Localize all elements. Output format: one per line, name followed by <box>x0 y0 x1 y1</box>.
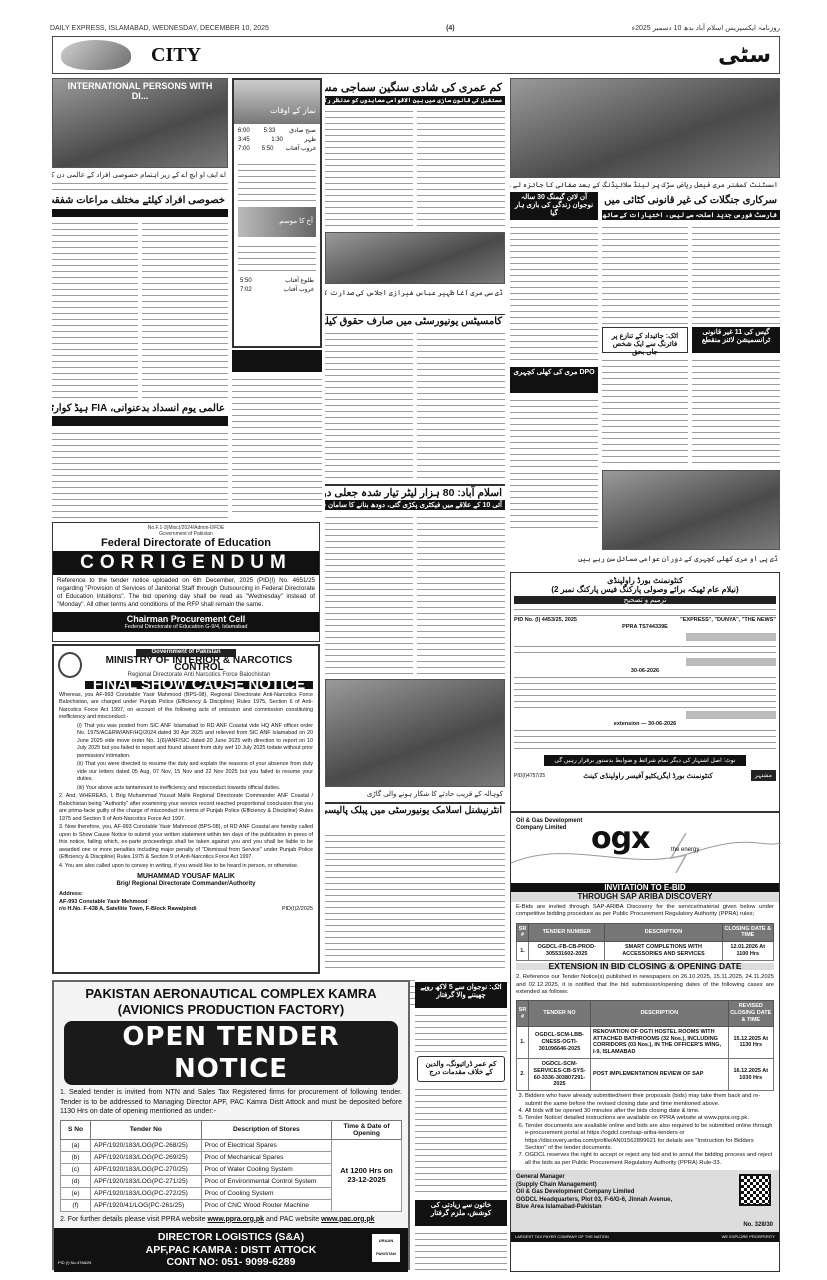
pac-factory: (AVIONICS PRODUCTION FACTORY) <box>60 1002 402 1018</box>
ogx-tagline: the energy <box>671 847 699 854</box>
pac-contact: CONT NO: 051- 9099-6289 <box>54 1256 408 1269</box>
story-headline: خصوصی افراد کیلئے مختلف مراعات شفقت کا م… <box>52 194 228 207</box>
section-title-ur: سٹی <box>718 43 771 68</box>
side-box-driving: کم عمر ڈرائیونگ، والدین کے خلاف مقدمات د… <box>417 1056 505 1082</box>
extension-title: EXTENSION IN BID CLOSING & OPENING DATE <box>516 963 774 970</box>
table-row: 1.OGDCL-FB-CB-PROD-305531602-2025SMART C… <box>517 942 774 961</box>
anf-item: (ii) That you were directed to resume th… <box>59 761 313 784</box>
anf-ministry: MINISTRY OF INTERIOR & NARCOTICS CONTROL <box>85 657 313 672</box>
online-gaming-headline: آن لائن گیمنگ 30 سالہ نوجوان زندگی کی با… <box>510 192 598 220</box>
anf-para-4: 4. You are also called upon to convey in… <box>59 863 313 871</box>
anf-pid: PID(I)2/2025 <box>282 906 313 914</box>
accident-photo <box>325 679 505 787</box>
prayer-row: غروب آفتاب5:507:00 <box>238 145 316 154</box>
harassment-headline: خاتون سے زیادتی کی کوشش، ملزم گرفتار <box>415 1200 507 1226</box>
cantonment-board-ad: کنٹونمنٹ بورڈ راولپنڈی (نیلام عام ٹھیکہ … <box>510 572 780 812</box>
prayer-times-box: نماز کے اوقات صبح صادق5:336:00 ظہر1:303:… <box>232 78 322 348</box>
kachehri-caption: ڈی پی او مری کھلی کچہری کے دوران عوامی م… <box>510 554 780 564</box>
uraan-pakistan-logo-icon: URAAN PAKISTAN <box>372 1234 400 1262</box>
photo-banner-text: INTERNATIONAL PERSONS WITH DI... <box>53 79 227 103</box>
fde-org: Federal Directorate of Education <box>57 537 315 549</box>
pac-footer: DIRECTOR LOGISTICS (S&A) APF,PAC KAMRA :… <box>54 1228 408 1272</box>
landslide-caption: اسسٹنٹ کمشنر مری فیصل ریاض سڑک پر لینڈ س… <box>510 180 780 190</box>
anf-item: (iii) Your above acts tantamount to inef… <box>59 785 313 793</box>
note-item: Tender Notice/ detailed instructions are… <box>525 1115 774 1122</box>
prayer-row: ظہر1:303:45 <box>238 136 316 145</box>
newspaper-page: DAILY EXPRESS, ISLAMABAD, WEDNESDAY, DEC… <box>50 22 780 1272</box>
folio-line: DAILY EXPRESS, ISLAMABAD, WEDNESDAY, DEC… <box>50 22 780 34</box>
ogdcl-contact-block: General Manager (Supply Chain Management… <box>511 1170 779 1232</box>
cant-newspapers: "EXPRESS", "DUNYA", "THE NEWS" <box>680 617 776 623</box>
ebid-intro: E-Bids are invited through SAP-ARIBA Dis… <box>511 902 779 921</box>
dpo-headline: DPO مری کی کھلی کچہری <box>510 367 598 393</box>
fde-footer: Chairman Procurement Cell Federal Direct… <box>53 612 319 632</box>
cant-banner: ترمیم و تصحیح <box>514 596 776 604</box>
milk-headline: اسلام آباد: 80 ہزار لیٹر تیار شدہ جعلی د… <box>325 484 505 500</box>
cant-title: (نیلام عام ٹھیکہ برائے وصولی پارکنگ فیس … <box>514 585 776 594</box>
section-title-en: CITY <box>151 44 718 67</box>
attock-headline: اٹک: نوجوان سے 5 لاکھ روپے چھیننے والا گ… <box>415 982 507 1008</box>
extension-table: SR #TENDER NODESCRIPTIONREVISED CLOSING … <box>516 1000 774 1091</box>
marriage-subheadline: مستقبل کی قانون سازی میں بین الاقوامی مع… <box>325 96 505 105</box>
pac-link[interactable]: www.pac.org.pk <box>321 1216 374 1223</box>
anf-address-label: Address: <box>59 891 313 899</box>
fde-body: Reference to the tender notice uploaded … <box>57 577 315 609</box>
note-item: All bids will be opened 30 minutes after… <box>525 1108 774 1115</box>
fde-address: Federal Directorate of Education G-9/4, … <box>125 624 248 630</box>
accident-caption: کوہالہ کے قریب حادثے کا شکار ہونے والی گ… <box>325 789 505 799</box>
ogx-logo: ogx <box>591 835 649 842</box>
cant-stamp: مشتہر <box>751 770 776 781</box>
note-item: OGDCL reserves the right to accept or re… <box>525 1152 774 1167</box>
photo-caption: اے ایف او ایچ اے کے زیر اہتمام خصوصی افر… <box>52 170 228 180</box>
fde-corrigendum-ad: No.F.1-3(Misc)/2024/Admin-II/FDE Governm… <box>52 522 320 642</box>
pac-org: PAKISTAN AERONAUTICAL COMPLEX KAMRA <box>60 986 402 1002</box>
folio-page-number: (4) <box>446 25 455 32</box>
seminar-headline: کامسیٹس یونیورسٹی میں صارف حقوق کیلئے آگ… <box>325 314 505 328</box>
section-masthead: CITY سٹی <box>52 36 780 74</box>
sunrise-row: 5:50طلوع آفتاب <box>240 277 314 286</box>
anf-address-name: AF-993 Constable Yasir Mehmood <box>59 899 313 907</box>
ppra-link[interactable]: www.ppra.org.pk <box>207 1216 264 1223</box>
anf-show-cause-ad: Government of Pakistan MINISTRY OF INTER… <box>52 644 320 974</box>
folio-date-ur: روزنامہ ایکسپریس اسلام آباد بدھ 10 دسمبر… <box>632 24 780 32</box>
cant-notice: نوٹ: اصل اشتہار کی دیگر تمام شرائط و ضوا… <box>544 755 746 766</box>
landslide-photo <box>510 78 780 178</box>
prayer-row: صبح صادق5:336:00 <box>238 127 316 136</box>
cant-pid-ref: PID No. (I) 4453/25, 2025 <box>514 617 577 623</box>
pac-para-1: 1. Sealed tender is invited from NTN and… <box>60 1088 402 1117</box>
show-cause-title: FINAL SHOW CAUSE NOTICE <box>85 681 313 689</box>
pac-kamra-tender-ad: PAKISTAN AERONAUTICAL COMPLEX KAMRA (AVI… <box>52 980 410 1270</box>
cant-ppra-ref: PPRA TS744339E <box>514 624 776 630</box>
side-headline-box <box>232 350 322 372</box>
ebid-tender-table: SR #TENDER NUMBERDESCRIPTIONCLOSING DATE… <box>516 923 774 961</box>
cant-signatory: کنٹونمنٹ بورڈ ایگزیکٹیو آفیسر راولپنڈی ک… <box>583 772 712 780</box>
anf-para-3: 3. Now therefore, you, AF-993 Constable … <box>59 824 313 862</box>
note-item: Bidders who have already submitted/sent … <box>525 1093 774 1108</box>
weather-title: آج کا موسم <box>238 207 316 237</box>
fde-signatory: Chairman Procurement Cell <box>53 614 319 624</box>
gas-lines-headline: گیس کی 11 غیر قانونی ٹرانسمیشن لائنز منق… <box>692 327 780 353</box>
ogdcl-ad-number: No. 328/30 <box>743 1222 773 1230</box>
international-persons-photo: INTERNATIONAL PERSONS WITH DI... <box>52 78 228 168</box>
forest-headline: سرکاری جنگلات کی غیر قانونی کٹائی میں وا… <box>602 194 780 207</box>
pakistan-emblem-icon <box>58 652 82 678</box>
kachehri-photo <box>602 470 780 550</box>
anf-item: (i) That you was posted from SIC ANF Isl… <box>59 723 313 761</box>
cant-pid: PID(I)4757/25 <box>514 773 545 779</box>
ebid-title: INVITATION TO E-BID <box>511 883 779 892</box>
table-row: (a)APF/1920/183/LOG(PC-268/25)Proc of El… <box>61 1139 402 1151</box>
anf-address-line: r/o H.No. F-438 A, Satellite Town, F-Blo… <box>59 906 197 914</box>
cant-org: کنٹونمنٹ بورڈ راولپنڈی <box>514 576 776 585</box>
milk-subheadline: آئی 10 کے علاقے میں فیکٹری پکڑی گئی، دود… <box>325 500 505 510</box>
fia-headline: عالمی یوم انسداد بدعنوانی، FIA ہیڈ کوارٹ… <box>52 402 228 415</box>
sunset-row: 7:02غروب آفتاب <box>240 286 314 295</box>
anf-designation: Brig/ Regional Directorate Commander/Aut… <box>59 881 313 889</box>
table-row: 1.OGDCL-SCM-LBB-CNESS-OGTI-301096646-202… <box>517 1026 774 1058</box>
anf-signatory: MUHAMMAD YOUSAF MALIK <box>59 873 313 881</box>
table-row: 2.OGDCL-SCM-SERVICES-CB-SYS-60-3336-3038… <box>517 1059 774 1091</box>
ebid-subtitle: THROUGH SAP ARIBA DISCOVERY <box>511 892 779 901</box>
pac-footer-line-1: DIRECTOR LOGISTICS (S&A) <box>54 1231 408 1244</box>
anf-para-2: 2. And, WHEREAS, I, Brig Muhammad Yousaf… <box>59 793 313 823</box>
marriage-headline: کم عمری کی شادی سنگین سماجی مسئلہ ہے: ظہ… <box>325 80 505 95</box>
qr-code-icon[interactable] <box>739 1174 771 1206</box>
ogdcl-footer-bar: LARGEST TAX PAYER COMPANY OF THE NATIONW… <box>511 1232 779 1241</box>
note-item: Tender documents are available online an… <box>525 1123 774 1153</box>
conference-headline: انٹرنیشنل اسلامک یونیورسٹی میں پبلک پالی… <box>325 802 505 817</box>
express-logo-icon <box>61 40 131 70</box>
side-box-firing: اٹک: جائیداد کے تنازع پر فائرنگ سے ایک ش… <box>602 327 688 353</box>
pac-para-2: 2. For further details please visit PPRA… <box>60 1215 402 1225</box>
opening-date: At 1200 Hrs on 23-12-2025 <box>332 1139 402 1211</box>
ogdcl-ebid-ad: Oil & Gas Development Company Limited og… <box>510 812 780 1272</box>
ebid-notes: Bidders who have already submitted/sent … <box>511 1093 779 1167</box>
pac-footer-line-2: APF,PAC KAMRA : DISTT ATTOCK <box>54 1244 408 1257</box>
forest-subheadline: فارسٹ فورس جدید اسلحہ سے لیس، اختیارات ک… <box>602 210 780 220</box>
pac-pid: PID (I) No.4768/25 <box>58 1257 91 1270</box>
pac-tender-table: S No Tender No Description of Stores Tim… <box>60 1120 402 1212</box>
prayer-title: نماز کے اوقات <box>234 80 320 124</box>
folio-date-en: DAILY EXPRESS, ISLAMABAD, WEDNESDAY, DEC… <box>50 25 269 32</box>
seminar-photo <box>325 232 505 284</box>
seminar-caption: ڈی سی مری آغا ظہیر عباس شیرازی اجلاس کی … <box>325 288 505 298</box>
corrigendum-title: CORRIGENDUM <box>53 551 319 575</box>
anf-intro: Whereas, you AF-993 Constable Yasir Mahm… <box>59 692 313 722</box>
open-tender-title: OPEN TENDER NOTICE <box>64 1021 398 1085</box>
extension-intro: 2. Reference our Tender Notice(s) publis… <box>511 972 779 998</box>
ogdcl-company: Oil & Gas Development Company Limited <box>516 818 586 832</box>
